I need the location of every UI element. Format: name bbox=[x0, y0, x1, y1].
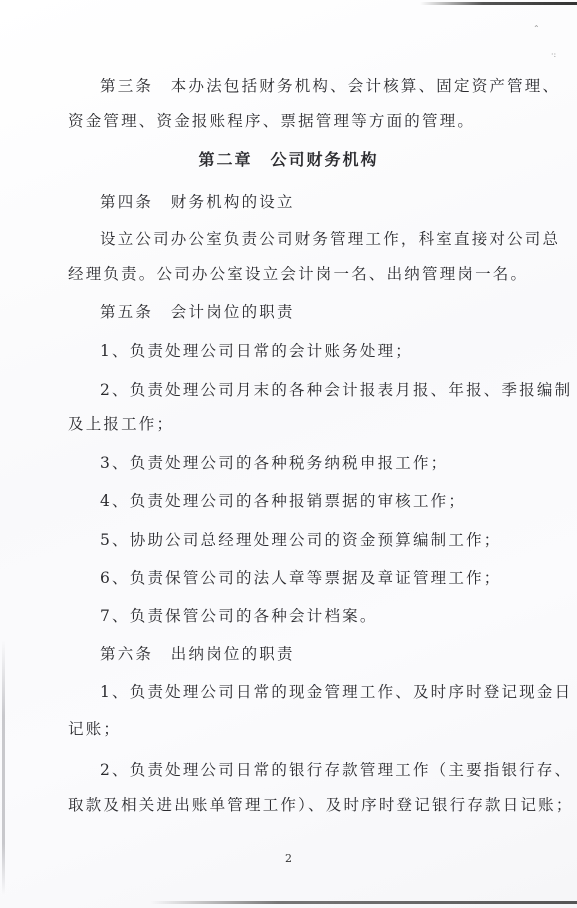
article-5-title: 第五条 会计岗位的职责 bbox=[100, 302, 295, 322]
article-5-item-4: 4、负责处理公司的各种报销票据的审核工作； bbox=[100, 491, 466, 511]
article-4-title: 第四条 财务机构的设立 bbox=[100, 192, 295, 212]
scan-speck: ·: bbox=[551, 50, 556, 59]
article-5-item-2-line-1: 2、负责处理公司月末的各种会计报表月报、年报、季报编制 bbox=[100, 380, 572, 400]
article-5-item-1: 1、负责处理公司日常的会计账务处理； bbox=[100, 341, 413, 361]
article-6-title: 第六条 出纳岗位的职责 bbox=[100, 644, 295, 664]
page-number: 2 bbox=[0, 852, 577, 865]
chapter-heading: 第二章 公司财务机构 bbox=[0, 150, 577, 170]
page-edge-shadow-top bbox=[420, 2, 577, 5]
article-6-item-2-line-1: 2、负责处理公司日常的银行存款管理工作（主要指银行存、 bbox=[100, 760, 572, 780]
article-5-item-6: 6、负责保管公司的法人章等票据及章证管理工作； bbox=[100, 568, 501, 588]
article-4-body-line-2: 经理负责。公司办公室设立会计岗一名、出纳管理岗一名。 bbox=[68, 264, 528, 284]
article-6-item-1-line-2: 记账； bbox=[68, 719, 121, 739]
article-5-item-5: 5、协助公司总经理处理公司的资金预算编制工作； bbox=[100, 530, 501, 550]
page-edge-shadow-bottom bbox=[150, 901, 577, 904]
article-5-item-2-line-2: 及上报工作； bbox=[68, 414, 174, 434]
scan-speck: ⌃ bbox=[533, 24, 540, 33]
article-6-item-2-line-2: 取款及相关进出账单管理工作）、及时序时登记银行存款日记账； bbox=[68, 795, 574, 815]
article-6-item-1-line-1: 1、负责处理公司日常的现金管理工作、及时序时登记现金日 bbox=[100, 682, 572, 702]
article-3-line-2: 资金管理、资金报账程序、票据管理等方面的管理。 bbox=[68, 111, 475, 131]
scanned-page: ⌃ ·: 第三条 本办法包括财务机构、会计核算、固定资产管理、 资金管理、资金报… bbox=[0, 0, 577, 908]
article-3-line-1: 第三条 本办法包括财务机构、会计核算、固定资产管理、 bbox=[100, 76, 560, 96]
article-4-body-line-1: 设立公司办公室负责公司财务管理工作，科室直接对公司总 bbox=[100, 229, 560, 249]
article-5-item-7: 7、负责保管公司的各种会计档案。 bbox=[100, 606, 378, 626]
article-5-item-3: 3、负责处理公司的各种税务纳税申报工作； bbox=[100, 453, 448, 473]
